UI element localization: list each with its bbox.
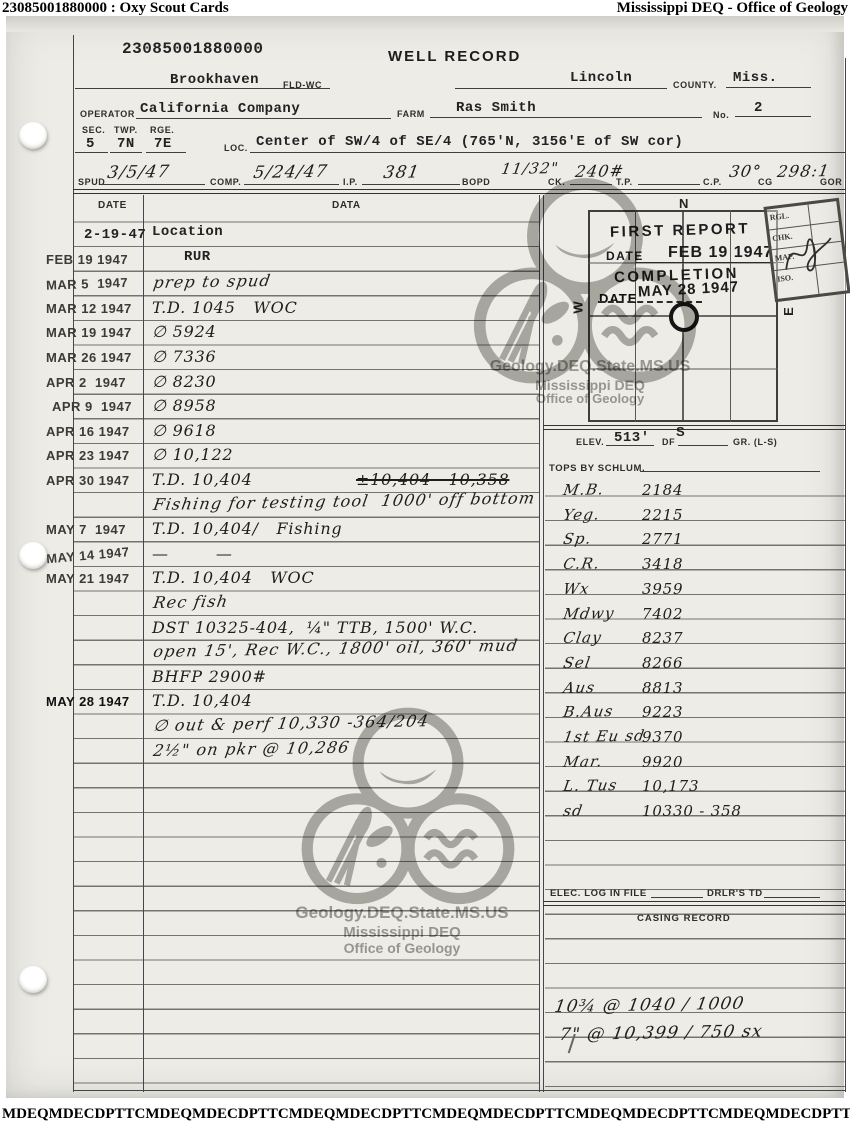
footer-item: PTTC	[535, 1106, 575, 1123]
ip-underline	[362, 184, 460, 185]
log-date: APR 2 1947	[46, 375, 146, 390]
comp-underline	[244, 184, 339, 185]
log-data-text: ∅ 8230	[152, 372, 217, 391]
formation-depth: 9223	[642, 703, 683, 721]
formation-top-row: B.Aus9223	[562, 701, 832, 726]
formation-depth: 3418	[642, 555, 683, 573]
log-data-text: BHFP 2900#	[152, 667, 267, 686]
log-data-struck-text: ±10,404 10,358	[356, 470, 509, 489]
elev-label: ELEV.	[576, 437, 604, 447]
formation-depth: 8237	[642, 629, 683, 647]
log-date: MAR 5 1947	[46, 274, 146, 292]
formation-name: L. Tus	[562, 776, 619, 795]
log-data-text: T.D. 1045 WOC	[152, 298, 298, 317]
compass-south: S	[676, 424, 685, 439]
formation-name: Wx	[562, 579, 591, 597]
loc-value: Center of SW/4 of SE/4 (765'N, 3156'E of…	[256, 134, 683, 150]
log-data-text: T.D. 10,404 WOC	[152, 568, 314, 587]
watermark-url-upper: Geology.DEQ.State.MS.US	[470, 358, 710, 376]
formation-depth: 8813	[642, 679, 683, 697]
state-value: Miss.	[733, 70, 778, 86]
comp-value: 5/24/47	[252, 162, 329, 183]
footer-item: MDECD	[192, 1106, 249, 1123]
spud-underline	[100, 184, 205, 185]
operator-underline	[136, 118, 391, 119]
log-date: MAR 26 1947	[46, 350, 146, 365]
elec-log-line	[651, 897, 703, 898]
footer-item: MDEQ	[289, 1106, 336, 1123]
formation-top-row: C.R.3418	[562, 553, 832, 578]
log-row: Fishing for testing tool 1000' off botto…	[46, 495, 542, 519]
formation-depth: 2215	[642, 506, 683, 524]
formation-depth: 9920	[642, 753, 683, 771]
footer-item: MDEQ	[2, 1106, 49, 1123]
scanned-well-record-page: 23085001880000 : Oxy Scout Cards Mississ…	[0, 0, 850, 1133]
msdeq-logo-watermark-lower	[296, 698, 520, 922]
watermark-office-upper: Office of Geology	[470, 391, 710, 406]
sec-underline	[75, 152, 108, 153]
api-number: 23085001880000	[122, 40, 263, 58]
watermark-org-lower: Mississippi DEQ	[282, 924, 522, 941]
log-date: MAY 7 1947	[46, 522, 146, 537]
formation-name: sd	[562, 802, 585, 820]
farm-value: Ras Smith	[456, 100, 536, 116]
twp-underline	[110, 152, 142, 153]
formation-top-row: M.B.2184	[562, 479, 832, 504]
log-date: MAY 21 1947	[46, 571, 146, 586]
card-bottom-rule	[73, 1090, 845, 1091]
log-data-text: ∅ 10,122	[152, 445, 233, 464]
ip-label: I.P.	[343, 177, 358, 187]
farm-label: FARM	[397, 109, 425, 119]
well-no-underline	[735, 116, 811, 117]
formation-depth: 2771	[642, 530, 683, 548]
log-date: MAY 14 1947	[46, 542, 147, 566]
log-date: APR 23 1947	[46, 448, 146, 463]
formation-top-row: Yeg.2215	[562, 504, 832, 529]
footer-item: PTTC	[249, 1106, 289, 1123]
operator-value: California Company	[140, 101, 300, 117]
log-data-text: prep to spud	[152, 271, 273, 292]
footer-item: MDECD	[335, 1106, 392, 1123]
county-underline	[455, 88, 667, 89]
approval-box-label: RGL.	[769, 211, 789, 222]
log-data-text: T.D. 10,404	[152, 691, 253, 710]
map-bottom-double-rule	[543, 425, 845, 430]
formation-name: Mdwy	[562, 604, 616, 623]
footer-item: MDECD	[765, 1106, 822, 1123]
ip-value: 381	[382, 162, 421, 183]
elec-log-label: ELEC. LOG IN FILE	[550, 888, 647, 899]
formation-name: B.Aus	[562, 702, 615, 721]
spud-label: SPUD	[78, 177, 105, 187]
log-date: MAR 12 1947	[46, 301, 146, 316]
hole-punch-top	[19, 122, 47, 149]
formation-top-row: 1st Eu sd9370	[562, 726, 832, 751]
log-date: APR 30 1947	[46, 473, 146, 488]
log-row: BHFP 2900#	[46, 667, 542, 691]
watermark-url-lower: Geology.DEQ.State.MS.US	[282, 903, 522, 923]
log-row: APR 16 1947∅ 9618	[46, 421, 542, 445]
formation-depth: 3959	[642, 580, 683, 598]
footer-item: PTTC	[822, 1106, 850, 1123]
field-underline	[75, 88, 330, 89]
formation-top-row: Mar.9920	[562, 751, 832, 776]
rge-value: 7E	[154, 136, 172, 152]
tops-underline	[640, 471, 820, 472]
well-no-label: No.	[713, 110, 729, 120]
elev-underline	[606, 445, 654, 446]
watermark-office-lower: Office of Geology	[282, 940, 522, 956]
data-column-header: DATA	[332, 200, 361, 211]
footer-item: PTTC	[105, 1106, 145, 1123]
formation-name: Mar.	[562, 752, 604, 771]
well-no-value: 2	[754, 100, 763, 116]
card-title: WELL RECORD	[388, 48, 521, 65]
elev-gr-label: GR. (L-S)	[733, 437, 777, 447]
log-data-text: RUR	[152, 249, 211, 265]
log-data-text: T.D. 10,404/ Fishing	[152, 519, 342, 538]
formation-top-row: Mdwy7402	[562, 603, 832, 628]
hole-punch-bottom	[19, 966, 47, 993]
farm-underline	[430, 117, 702, 118]
cp-label: C.P.	[703, 177, 722, 187]
footer-item: PTTC	[392, 1106, 432, 1123]
spud-value: 3/5/47	[106, 162, 171, 183]
twp-label: TWP.	[114, 125, 138, 135]
formation-top-row: Wx3959	[562, 578, 832, 603]
formation-name: Sp.	[562, 530, 593, 548]
footer-item: MDEQ	[432, 1106, 479, 1123]
formation-top-row: Clay8237	[562, 627, 832, 652]
log-row: APR 23 1947∅ 10,122	[46, 445, 542, 469]
formation-top-row: Sp.2771	[562, 528, 832, 553]
formation-name: C.R.	[562, 554, 602, 573]
formation-depth: 7402	[642, 605, 683, 623]
rge-label: RGE.	[150, 125, 174, 135]
card-right-border	[845, 58, 846, 1092]
map-check-signature	[775, 219, 843, 278]
log-data-text: Location	[152, 224, 223, 240]
tops-label: TOPS BY SCHLUM.	[549, 463, 645, 474]
scan-edge-shadow	[6, 16, 844, 32]
elev-df-label: DF	[662, 437, 675, 447]
header-double-rule	[73, 189, 845, 194]
page-header-left: 23085001880000 : Oxy Scout Cards	[2, 0, 229, 17]
footer-item: MDEQ	[145, 1106, 192, 1123]
formation-name: Yeg.	[562, 505, 602, 524]
compass-east: E	[781, 307, 796, 316]
twp-value: 7N	[117, 136, 135, 152]
formation-depth: 9370	[642, 728, 683, 746]
log-date: APR 9 1947	[46, 399, 152, 414]
formation-top-row: Sel8266	[562, 652, 832, 677]
formation-top-row: Aus8813	[562, 677, 832, 702]
log-row: open 15', Rec W.C., 1800' oil, 360' mud	[46, 642, 542, 666]
elev-df-underline	[678, 445, 728, 446]
footer-item: MDECD	[622, 1106, 679, 1123]
formation-name: Clay	[562, 629, 603, 648]
sec-label: SEC.	[82, 125, 105, 135]
casing-record-header: CASING RECORD	[637, 913, 731, 924]
log-data-text: T.D. 10,404	[152, 470, 253, 489]
log-date: APR 16 1947	[46, 424, 146, 439]
formation-name: 1st Eu sd	[562, 727, 647, 746]
log-date: MAR 19 1947	[46, 325, 146, 340]
drlrs-td-label: DRLR'S TD	[707, 888, 763, 899]
formation-top-row: L. Tus10,173	[562, 775, 832, 800]
elev-value: 513'	[614, 430, 650, 446]
formation-depth: 10,173	[642, 777, 699, 795]
formation-name: Aus	[562, 678, 597, 697]
comp-label: COMP.	[210, 177, 241, 187]
footer-item: PTTC	[679, 1106, 719, 1123]
hole-punch-middle	[19, 542, 47, 569]
state-underline	[726, 87, 811, 88]
cg-label: CG	[758, 177, 773, 187]
formation-depth: 8266	[642, 654, 683, 672]
log-data-text: ∅ 8958	[152, 396, 217, 415]
loc-label: LOC.	[224, 143, 248, 153]
page-footer: MDEQMDECDPTTCMDEQMDECDPTTCMDEQMDECDPTTCM…	[2, 1106, 848, 1123]
sec-value: 5	[86, 136, 95, 152]
log-row: MAY 7 1947T.D. 10,404/ Fishing	[46, 519, 542, 543]
formation-depth: 2184	[642, 481, 683, 499]
drlrs-td-line	[764, 897, 820, 898]
formation-name: Sel	[562, 653, 593, 671]
casing-entry: 10¾ @ 1040 / 1000	[553, 994, 746, 1017]
log-row: Rec fish	[46, 593, 542, 617]
log-data-text: ∅ 9618	[152, 421, 217, 440]
footer-item: MDECD	[49, 1106, 106, 1123]
formation-name: M.B.	[562, 480, 606, 499]
county-value: Lincoln	[570, 70, 632, 86]
log-row: MAY 14 1947— —	[46, 544, 542, 568]
field-value: Brookhaven	[170, 72, 259, 88]
casing-entry: 7" @ 10,399 / 750 sx	[558, 1021, 764, 1045]
formation-top-row: sd10330 - 358	[562, 800, 832, 825]
log-date: MAY 28 1947	[46, 694, 146, 709]
log-data-text: ∅ 5924	[152, 322, 217, 341]
gor-label: GOR	[820, 177, 842, 187]
map-approval-stamp: RGL.CHK.MAP.ISO.	[763, 198, 850, 303]
loc-underline	[250, 152, 845, 153]
footer-item: MDEQ	[575, 1106, 622, 1123]
log-data-text: Rec fish	[152, 592, 230, 612]
log-date: FEB 19 1947	[46, 252, 146, 267]
county-label: COUNTY.	[673, 80, 717, 90]
footer-item: MDECD	[479, 1106, 536, 1123]
footer-item: MDEQ	[719, 1106, 766, 1123]
log-row: MAY 21 1947T.D. 10,404 WOC	[46, 568, 542, 592]
log-data-text: — —	[152, 544, 233, 563]
date-column-header: DATE	[98, 200, 127, 211]
log-data-text: DST 10325-404, ¼" TTB, 1500' W.C.	[152, 618, 478, 637]
log-data-text: ∅ 7336	[152, 347, 217, 366]
operator-label: OPERATOR	[80, 109, 135, 119]
page-header-right: Mississippi DEQ - Office of Geology	[617, 0, 848, 17]
formation-depth: 10330 - 358	[642, 802, 742, 820]
rge-underline	[146, 152, 186, 153]
